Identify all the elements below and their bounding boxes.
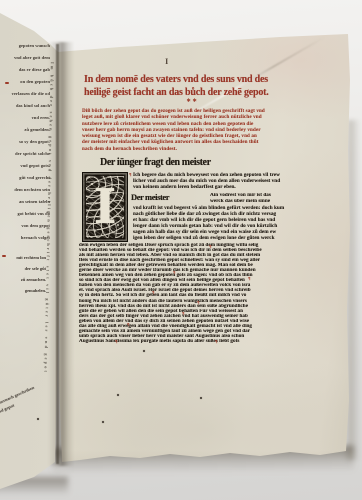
pilcrow-mark: ¶ (115, 339, 117, 344)
pilcrow-mark: ¶ (173, 270, 175, 275)
disciple-paragraph: Ich begere das du mich beweysest von den… (133, 172, 303, 190)
pilcrow-mark: ¶ (129, 172, 131, 177)
rubric-title-line: heiligē geist facht an das bůch der zehē… (84, 87, 300, 98)
pilcrow-mark: ¶ (197, 300, 199, 305)
master-heading: Der meister (131, 192, 169, 202)
pilcrow-mark: ¶ (248, 276, 250, 281)
text-line: von keinem andern leren bedarffest gar e… (133, 184, 303, 190)
book-photograph: gepoten wunschvnd aber gott demdas er di… (0, 0, 362, 500)
rubric-title-line: In dem nomē des vaters vnd des suns vnd … (84, 74, 300, 85)
section-heading: Der iünger fragt den meister (100, 157, 211, 168)
master-paragraph: vnd krafft ist vnd begerst võ aim blinde… (133, 205, 303, 241)
pilcrow-mark: ¶ (127, 322, 129, 327)
pilcrow-mark: ¶ (209, 244, 211, 249)
woodcut-initial: I (82, 172, 128, 242)
body-text: dem ewigen leben der seligen Diser sprüc… (79, 243, 306, 344)
pilcrow-mark: ¶ (182, 311, 184, 316)
recto-text-block: I In dem nomē des vaters vnd des suns vn… (0, 0, 362, 500)
master-intro-paragraph: Ain vodrest von mir ist daswerck das übe… (210, 193, 303, 205)
text-line: werck das über mein sinne (210, 199, 303, 205)
initial-letter: I (83, 174, 127, 240)
folio-number: I (165, 57, 168, 66)
text-line: igen leben der seligen vnd zů dem ewigen… (133, 235, 303, 241)
pilcrow-mark: ¶ (152, 290, 154, 295)
text-line: Augustinus Sanctissima lex purgate mētis… (79, 339, 306, 344)
rubric-ornament-mark: ∗∗ (186, 98, 198, 104)
pilcrow-mark: ¶ (215, 339, 217, 344)
text-line: nach dem du hernach beschriben vindest. (82, 146, 300, 152)
rubricated-prologue: Diß bůch der zehen gepot das do gezogen … (82, 108, 300, 152)
